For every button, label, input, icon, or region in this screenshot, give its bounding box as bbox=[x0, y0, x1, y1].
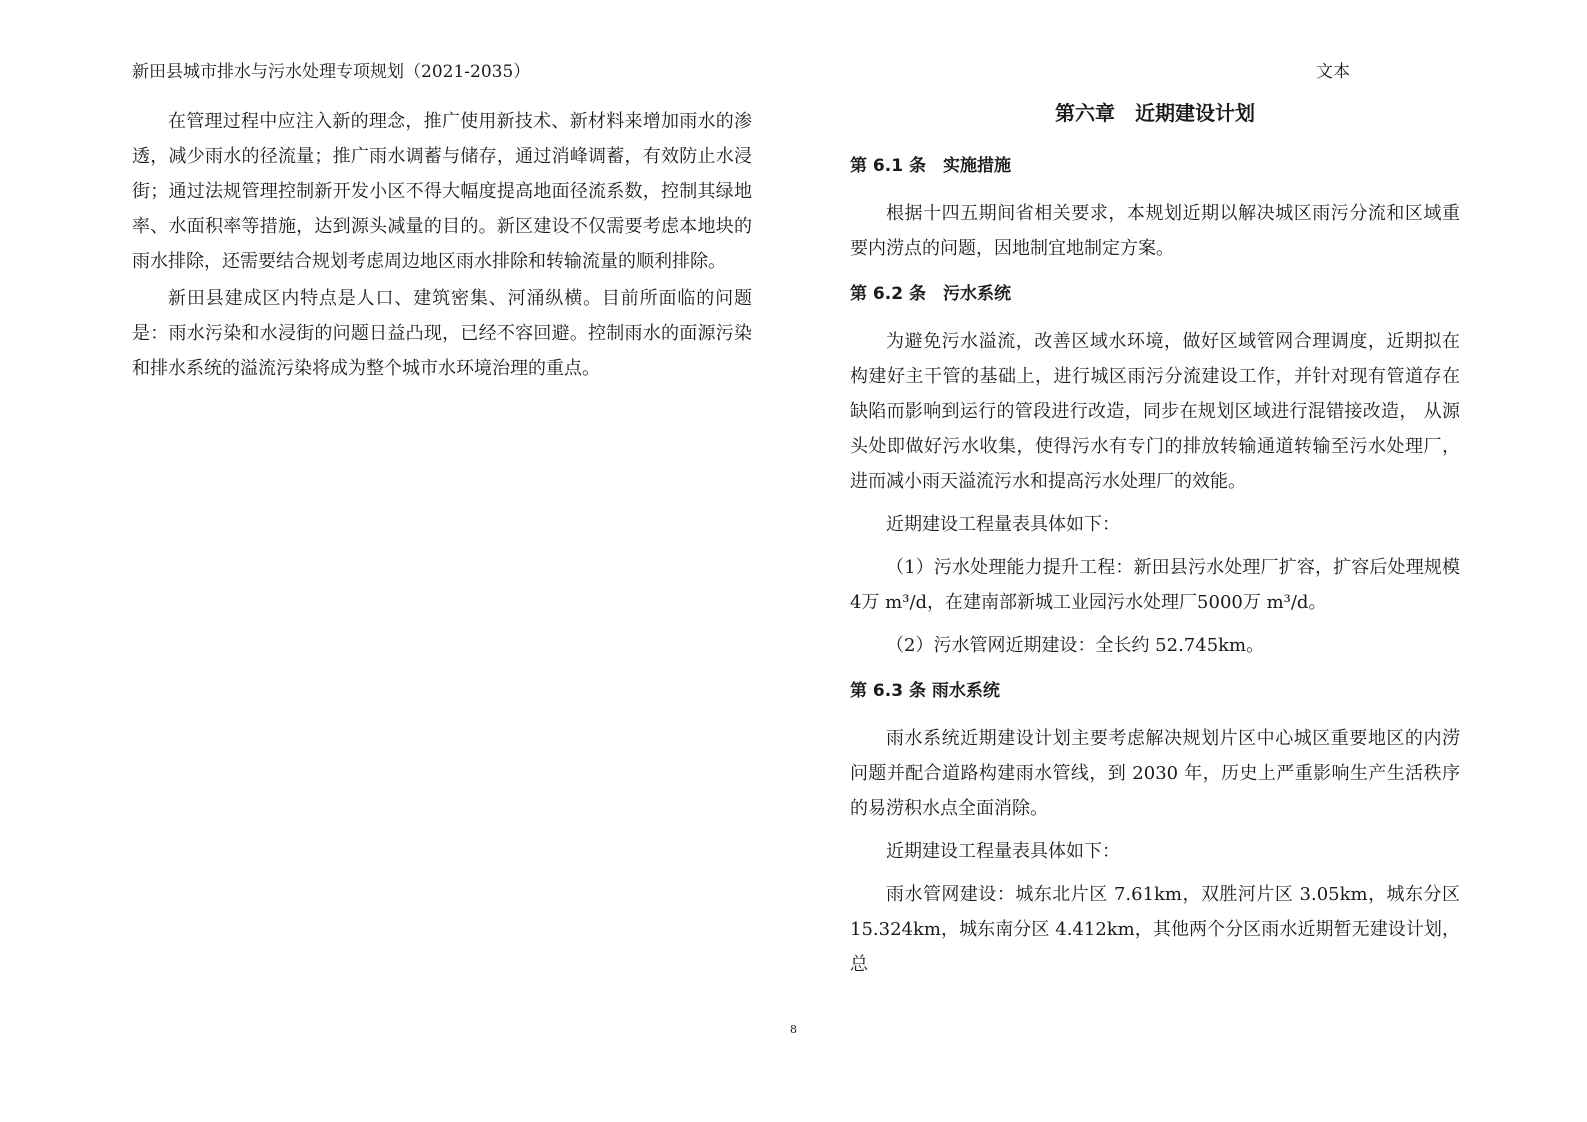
section-title-6-1: 第 6.1 条 实施措施 bbox=[850, 152, 1460, 180]
paragraph: 为避免污水溢流，改善区域水环境，做好区域管网合理调度，近期拟在构建好主干管的基础… bbox=[850, 324, 1460, 499]
paragraph: 在管理过程中应注入新的理念，推广使用新技术、新材料来增加雨水的渗透，减少雨水的径… bbox=[132, 104, 752, 279]
paragraph: （1）污水处理能力提升工程：新田县污水处理厂扩容，扩容后处理规模4万 m³/d，… bbox=[850, 550, 1460, 620]
document-header-label: 文本 bbox=[850, 60, 1460, 84]
right-page: 文本 第六章 近期建设计划 第 6.1 条 实施措施 根据十四五期间省相关要求，… bbox=[850, 60, 1460, 984]
document-header-title: 新田县城市排水与污水处理专项规划（2021-2035） bbox=[132, 60, 752, 84]
paragraph: 新田县建成区内特点是人口、建筑密集、河涌纵横。目前所面临的问题是：雨水污染和水浸… bbox=[132, 281, 752, 386]
paragraph: 近期建设工程量表具体如下： bbox=[850, 834, 1460, 869]
section-title-6-2: 第 6.2 条 污水系统 bbox=[850, 280, 1460, 308]
paragraph: （2）污水管网近期建设：全长约 52.745km。 bbox=[850, 628, 1460, 663]
left-page: 新田县城市排水与污水处理专项规划（2021-2035） 在管理过程中应注入新的理… bbox=[132, 60, 752, 388]
chapter-title: 第六章 近期建设计划 bbox=[850, 98, 1460, 128]
paragraph: 根据十四五期间省相关要求，本规划近期以解决城区雨污分流和区域重要内涝点的问题，因… bbox=[850, 196, 1460, 266]
paragraph: 雨水管网建设：城东北片区 7.61km，双胜河片区 3.05km，城东分区 15… bbox=[850, 877, 1460, 982]
section-title-6-3: 第 6.3 条 雨水系统 bbox=[850, 677, 1460, 705]
paragraph: 近期建设工程量表具体如下： bbox=[850, 507, 1460, 542]
page-number: 8 bbox=[790, 1023, 797, 1036]
paragraph: 雨水系统近期建设计划主要考虑解决规划片区中心城区重要地区的内涝问题并配合道路构建… bbox=[850, 721, 1460, 826]
